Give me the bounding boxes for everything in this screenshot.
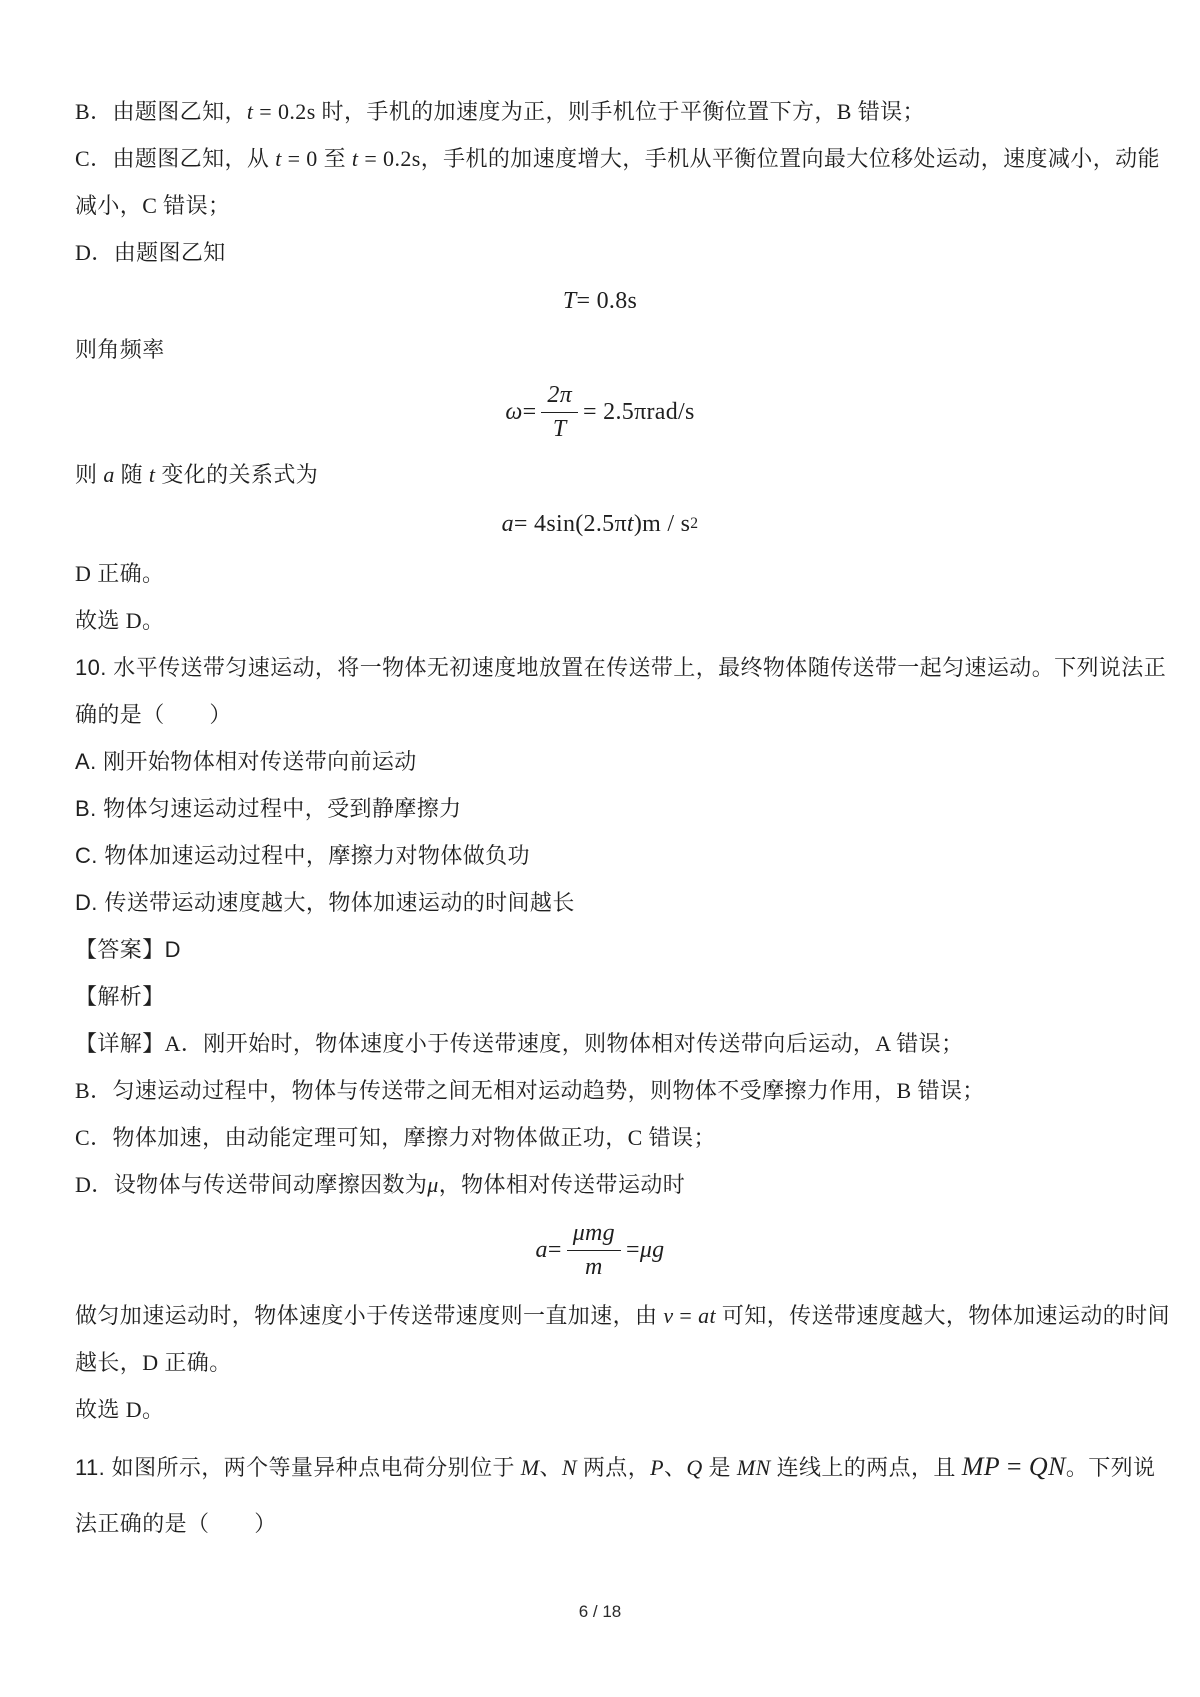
math-var-P: P [650, 1455, 664, 1480]
fraction: 2πT [541, 381, 578, 444]
text-run: 则角频率 [75, 337, 165, 362]
superscript: 2 [690, 515, 698, 533]
text-run: 两点， [577, 1455, 650, 1480]
formula-value: μg [640, 1237, 665, 1264]
math-var-at: at [698, 1303, 716, 1328]
q10-detail-a: 【详解】A．刚开始时，物体速度小于传送带速度，则物体相对传送带向后运动，A 错误… [75, 1020, 1125, 1067]
text-run: = 0 至 [282, 146, 352, 171]
text-run: 、 [664, 1455, 686, 1480]
text-run: D．由题图乙知 [75, 240, 226, 265]
q9-conclusion: D 正确。 [75, 550, 1125, 597]
q9-angular-frequency-label: 则角频率 [75, 326, 1125, 373]
option-letter: D. [75, 890, 104, 915]
option-letter: B. [75, 796, 103, 821]
fraction-numerator: μmg [567, 1219, 621, 1251]
q11-stem-line1: 11. 如图所示，两个等量异种点电荷分别位于 M、N 两点，P、Q 是 MN 连… [75, 1439, 1125, 1496]
q10-stem-line1: 10. 水平传送带匀速运动，将一物体无初速度地放置在传送带上，最终物体随传送带一… [75, 644, 1125, 691]
q9-option-d-analysis: D．由题图乙知 [75, 229, 1125, 276]
q10-continuation-line1: 做匀加速运动时，物体速度小于传送带速度则一直加速，由 v = at 可知，传送带… [75, 1292, 1125, 1339]
formula-value: = 0.8s [576, 288, 637, 315]
text-run: 如图所示，两个等量异种点电荷分别位于 [112, 1455, 521, 1480]
text-run: 做匀加速运动时，物体速度小于传送带速度则一直加速，由 [75, 1303, 663, 1328]
fraction-denominator: m [585, 1251, 603, 1282]
exam-solution-page: B．由题图乙知，t = 0.2s 时，手机的加速度为正，则手机位于平衡位置下方，… [0, 0, 1200, 1697]
q10-final-answer: 故选 D。 [75, 1386, 1125, 1433]
math-var-v: v [663, 1303, 673, 1328]
q9-relation-label: 则 a 随 t 变化的关系式为 [75, 451, 1125, 498]
text-run: C．物体加速，由动能定理可知，摩擦力对物体做正功，C 错误； [75, 1125, 716, 1150]
q10-option-d: D. 传送带运动速度越大，物体加速运动的时间越长 [75, 879, 1125, 926]
option-letter: A. [75, 749, 103, 774]
math-var-N: N [562, 1455, 577, 1480]
formula-value: = 2.5πrad/s [583, 399, 695, 426]
text-run: B．匀速运动过程中，物体与传送带之间无相对运动趋势，则物体不受摩擦力作用，B 错… [75, 1078, 985, 1103]
q10-detail-d: D．设物体与传送带间动摩擦因数为μ，物体相对传送带运动时 [75, 1161, 1125, 1208]
text-run: 故选 D。 [75, 1397, 164, 1422]
question-number: 11. [75, 1455, 112, 1480]
page-number: 6 / 18 [0, 1602, 1200, 1622]
q10-answer: 【答案】D [75, 926, 1125, 973]
text-run: D．设物体与传送带间动摩擦因数为 [75, 1172, 427, 1197]
page-content: B．由题图乙知，t = 0.2s 时，手机的加速度为正，则手机位于平衡位置下方，… [0, 0, 1200, 1552]
math-var-M: M [521, 1455, 540, 1480]
math-var-a: a [536, 1237, 548, 1264]
math-var-QN: QN [1029, 1452, 1066, 1481]
text-run: = 0.2s，手机的加速度增大，手机从平衡位置向最大位移处运动，速度减小，动能 [358, 146, 1159, 171]
math-var-omega: ω [505, 399, 522, 426]
q11-section: 11. 如图所示，两个等量异种点电荷分别位于 M、N 两点，P、Q 是 MN 连… [75, 1439, 1125, 1552]
equals-sign: = [1000, 1452, 1029, 1481]
fraction-denominator: T [553, 413, 567, 444]
option-text: 物体匀速运动过程中，受到静摩擦力 [103, 796, 461, 821]
question-number: 10. [75, 655, 113, 680]
equals-sign: = [523, 399, 537, 426]
text-run: 减小，C 错误； [75, 193, 230, 218]
option-text: 传送带运动速度越大，物体加速运动的时间越长 [104, 890, 574, 915]
q10-continuation-line2: 越长，D 正确。 [75, 1339, 1125, 1386]
q10-stem-line2: 确的是（ ） [75, 691, 1125, 738]
q11-stem-line2: 法正确的是（ ） [75, 1496, 1125, 1552]
math-var-MP: MP [962, 1452, 1000, 1481]
math-var-mu: μ [427, 1172, 438, 1197]
text-run: ，物体相对传送带运动时 [439, 1172, 685, 1197]
text-run: 确的是（ ） [75, 702, 232, 727]
q10-option-b: B. 物体匀速运动过程中，受到静摩擦力 [75, 785, 1125, 832]
equals-sign: = [673, 1303, 698, 1328]
text-run: 连线上的两点，且 [771, 1455, 962, 1480]
equals-sign: = [626, 1237, 640, 1264]
text-run: 则 [75, 462, 103, 487]
math-var-a: a [103, 462, 114, 487]
formula-acceleration: a = 4sin(2.5πt)m / s2 [75, 498, 1125, 550]
formula-friction-acceleration: a = μmgm = μg [75, 1208, 1125, 1292]
text-run: 法正确的是（ ） [75, 1511, 277, 1536]
q10-option-a: A. 刚开始物体相对传送带向前运动 [75, 738, 1125, 785]
text-run: 。下列说 [1066, 1455, 1156, 1480]
formula-period: T = 0.8s [75, 276, 1125, 326]
text-run: 变化的关系式为 [155, 462, 318, 487]
text-run: 随 [115, 462, 149, 487]
q10-option-c: C. 物体加速运动过程中，摩擦力对物体做负功 [75, 832, 1125, 879]
q9-final-answer: 故选 D。 [75, 597, 1125, 644]
fraction: μmgm [567, 1219, 621, 1282]
q9-option-c-analysis-line2: 减小，C 错误； [75, 182, 1125, 229]
answer-letter: D [165, 937, 181, 962]
option-text: 物体加速运动过程中，摩擦力对物体做负功 [104, 843, 530, 868]
text-run: 【详解】A．刚开始时，物体速度小于传送带速度，则物体相对传送带向后运动，A 错误… [75, 1031, 963, 1056]
math-var-Q: Q [686, 1455, 702, 1480]
option-letter: C. [75, 843, 104, 868]
formula-unit: )m / s [634, 511, 690, 538]
q10-analysis-label: 【解析】 [75, 973, 1125, 1020]
math-var-T: T [563, 288, 577, 315]
option-text: 刚开始物体相对传送带向前运动 [103, 749, 417, 774]
formula-angular-frequency: ω = 2πT = 2.5πrad/s [75, 373, 1125, 451]
fraction-numerator: 2π [541, 381, 578, 413]
text-run: 【解析】 [75, 984, 165, 1009]
text-run: D 正确。 [75, 561, 164, 586]
text-run: = 0.2s 时，手机的加速度为正，则手机位于平衡位置下方，B 错误； [253, 99, 925, 124]
formula-body: = 4sin(2.5π [514, 511, 627, 538]
q10-detail-c: C．物体加速，由动能定理可知，摩擦力对物体做正功，C 错误； [75, 1114, 1125, 1161]
text-run: 水平传送带匀速运动，将一物体无初速度地放置在传送带上，最终物体随传送带一起匀速运… [113, 655, 1166, 680]
text-run: 越长，D 正确。 [75, 1350, 232, 1375]
answer-label: 【答案】 [75, 937, 165, 962]
text-run: 可知，传送带速度越大，物体加速运动的时间 [716, 1303, 1170, 1328]
equals-sign: = [548, 1237, 562, 1264]
text-run: B．由题图乙知， [75, 99, 247, 124]
math-var-MN: MN [737, 1455, 771, 1480]
math-var-t: t [627, 511, 634, 538]
q10-detail-b: B．匀速运动过程中，物体与传送带之间无相对运动趋势，则物体不受摩擦力作用，B 错… [75, 1067, 1125, 1114]
text-run: 故选 D。 [75, 608, 164, 633]
q9-option-c-analysis-line1: C．由题图乙知，从 t = 0 至 t = 0.2s，手机的加速度增大，手机从平… [75, 135, 1125, 182]
text-run: 是 [703, 1455, 737, 1480]
math-var-a: a [502, 511, 514, 538]
text-run: C．由题图乙知，从 [75, 146, 275, 171]
q9-option-b-analysis: B．由题图乙知，t = 0.2s 时，手机的加速度为正，则手机位于平衡位置下方，… [75, 88, 1125, 135]
text-run: 、 [540, 1455, 562, 1480]
